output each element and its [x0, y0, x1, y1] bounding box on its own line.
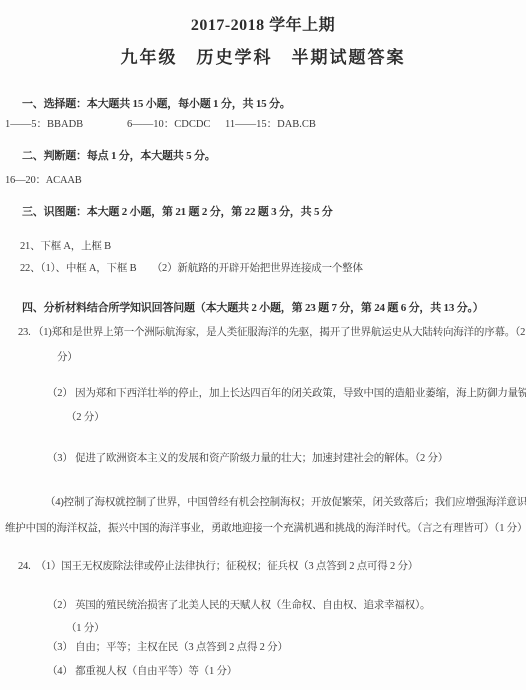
document-title-year: 2017-2018 学年上期	[0, 12, 526, 35]
question-23-answer-2-line-1: （2） 因为郑和下西洋壮举的停止，加上长达四百年的闭关政策，导致中国的造船业萎缩…	[47, 387, 526, 400]
answer-range-label: 11——15：	[225, 119, 277, 130]
question-23-answer-4-line-1: （4)控制了海权就控制了世界，中国曾经有机会控制海权；开放促繁荣，闭关致落后；我…	[45, 496, 526, 509]
question-23-answer-2-line-2: （2 分）	[66, 411, 104, 424]
answer-group-11-15: 11——15：DAB.CB	[225, 116, 316, 131]
question-22-answer: 22、（1）、中框 A，下框 B （2）新航路的开辟开始把世界连接成一个整体	[20, 262, 363, 275]
exam-answer-sheet-page: 2017-2018 学年上期 九年级 历史学科 半期试题答案 一、选择题：本大题…	[0, 0, 526, 690]
question-23-answer-1-line-2: 分）	[57, 351, 78, 364]
question-24-answer-2-line-2: （1 分）	[66, 622, 104, 635]
question-24-answer-4: （4） 都重视人权（自由平等）等（1 分）	[47, 665, 237, 678]
answer-range-label: 6——10：	[127, 119, 174, 130]
question-21-answer: 21、下框 A，上框 B	[20, 240, 111, 253]
question-24-answer-2-line-1: （2） 英国的殖民统治损害了北美人民的天赋人权（生命权、自由权、追求幸福权）。	[47, 599, 430, 612]
true-false-answers: 16—20：ACAAB	[5, 174, 82, 187]
question-24-answer-1: 24. （1）国王无权废除法律或停止法律执行；征税权；征兵权（3 点答到 2 点…	[18, 560, 418, 573]
question-23-answer-1-line-1: 23. （1)郑和是世界上第一个洲际航海家，是人类征服海洋的先驱，揭开了世界航运…	[18, 326, 525, 339]
document-title-subject: 九年级 历史学科 半期试题答案	[0, 43, 526, 68]
section-3-heading: 三、识图题：本大题 2 小题，第 21 题 2 分，第 22 题 3 分，共 5…	[22, 206, 333, 220]
answer-group-1-5: 1——5：BBADB	[5, 116, 83, 131]
answer-values: DAB.CB	[277, 119, 316, 130]
multiple-choice-answers-row: 1——5：BBADB 6——10：CDCDC 11——15：DAB.CB	[5, 116, 526, 130]
question-24-answer-3: （3） 自由；平等；主权在民（3 点答到 2 点得 2 分）	[47, 641, 288, 654]
answer-values: CDCDC	[174, 119, 210, 130]
answer-group-6-10: 6——10：CDCDC	[127, 116, 210, 131]
section-2-heading: 二、判断题：每点 1 分，本大题共 5 分。	[22, 150, 216, 164]
answer-values: BBADB	[47, 119, 83, 130]
question-23-answer-4-line-2: 维护中国的海洋权益，振兴中国的海洋事业，勇敢地迎接一个充满机遇和挑战的海洋时代。…	[5, 522, 526, 535]
question-23-answer-3: （3） 促进了欧洲资本主义的发展和资产阶级力量的壮大；加速封建社会的解体。（2 …	[47, 452, 448, 465]
section-1-heading: 一、选择题：本大题共 15 小题，每小题 1 分，共 15 分。	[22, 98, 291, 112]
section-4-heading: 四、分析材料结合所学知识回答问题（本大题共 2 小题，第 23 题 7 分，第 …	[22, 302, 484, 316]
answer-range-label: 1——5：	[5, 119, 47, 130]
